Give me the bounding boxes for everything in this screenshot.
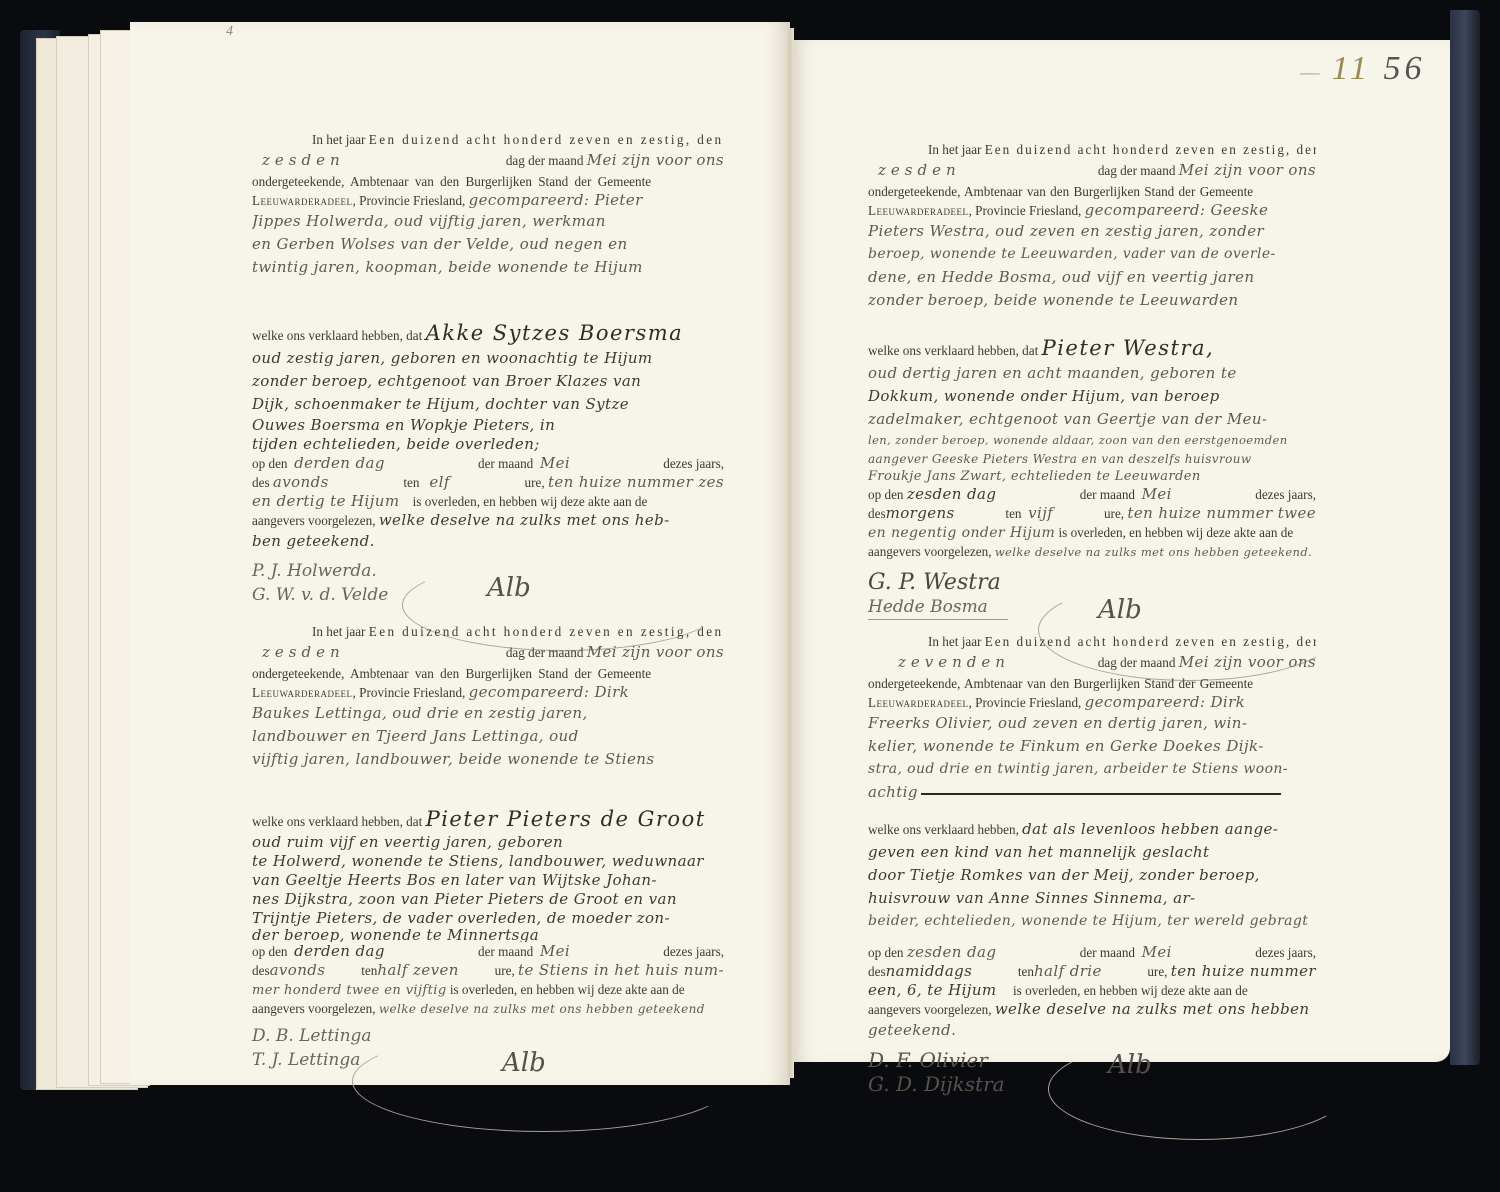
act-declaration-line: welke ons verklaard hebben, datwelke ons… [868, 818, 1316, 841]
death-date-line: op den derden dagder maand Meidezes jaar… [252, 454, 724, 473]
filler-rule [921, 793, 1281, 795]
deceased-detail: Trijntje Pieters, de vader overleden, de… [252, 909, 724, 928]
act-official-line: ondergeteekende, Ambtenaar van den Burge… [252, 172, 724, 191]
closing-line: geteekend. [868, 1019, 1316, 1042]
act-month: Mei zijn voor ons [1179, 161, 1316, 179]
act-date-line: zesden dag der maand Mei zijn voor ons [252, 149, 724, 172]
act-municipality-line: Leeuwarderadeel, Provincie Friesland, ge… [252, 683, 724, 702]
act-date-line: zesden dag der maand Mei zijn voor ons [868, 159, 1316, 182]
death-place-line: en negentig onder Hijum is overleden, en… [868, 523, 1316, 542]
deceased-detail: oud dertig jaren en acht maanden, gebore… [868, 362, 1316, 385]
deceased-name: Pieter Westra, [1042, 336, 1215, 360]
act-declaration-line: welke ons verklaard hebben, dat Akke Syt… [252, 319, 724, 347]
closing-line: aangevers voorgelezen, welke deselve na … [868, 1000, 1316, 1019]
book-gutter [786, 28, 794, 1078]
act-intro-line: In het jaar Een duizend acht honderd zev… [252, 622, 724, 641]
death-time-line: desmorgensten vijfure, ten huize nummer … [868, 504, 1316, 523]
act-official-line: ondergeteekende, Ambtenaar van den Burge… [868, 182, 1316, 201]
act-comparant-line: twintig jaren, koopman, beide wonende te… [252, 256, 724, 279]
deceased-name: Pieter Pieters de Groot [426, 807, 706, 831]
act-date-line: zesden dag der maand Mei zijn voor ons [252, 641, 724, 664]
act-day: zesden [868, 159, 961, 182]
deceased-detail: tijden echtelieden, beide overleden; [252, 435, 724, 454]
act-comparant-line: landbouwer en Tjeerd Jans Lettinga, oud [252, 725, 724, 748]
act-comparant-line: Freerks Olivier, oud zeven en dertig jar… [868, 712, 1316, 735]
deceased-detail: Froukje Jans Zwart, echtelieden te Leeuw… [868, 469, 1316, 485]
act-comparant-line: Jippes Holwerda, oud vijftig jaren, werk… [252, 210, 724, 233]
act-comparant-line: achtig [868, 781, 1316, 804]
death-date-line: op den zesden dagder maand Meidezes jaar… [868, 943, 1316, 962]
death-time-line: desavondstenhalf zevenure, te Stiens in … [252, 961, 724, 980]
deceased-detail: Dijk, schoenmaker te Hijum, dochter van … [252, 393, 724, 416]
deceased-detail: huisvrouw van Anne Sinnes Sinnema, ar- [868, 887, 1316, 910]
act-intro-line: In het jaar Een duizend acht honderd zev… [868, 632, 1316, 651]
act-intro-line: In het jaar Een duizend acht honderd zev… [252, 130, 724, 149]
act-day: zesden [252, 149, 345, 172]
act-municipality-line: Leeuwarderadeel, Provincie Friesland, ge… [868, 693, 1316, 712]
act-comparant-line: Pieters Westra, oud zeven en zestig jare… [868, 220, 1316, 243]
folio-page: 56 [1384, 50, 1426, 87]
deceased-detail: nes Dijkstra, zoon van Pieter Pieters de… [252, 890, 724, 909]
deceased-detail: van Geeltje Heerts Bos en later van Wijt… [252, 871, 724, 890]
act-official-line: ondergeteekende, Ambtenaar van den Burge… [868, 674, 1316, 693]
deceased-detail: oud ruim vijf en veertig jaren, geboren [252, 833, 724, 852]
deceased-detail: len, zonder beroep, wonende aldaar, zoon… [868, 431, 1316, 450]
deceased-detail: Dokkum, wonende onder Hijum, van beroep [868, 385, 1316, 408]
death-time-line: desnamiddagstenhalf drieure, ten huize n… [868, 962, 1316, 981]
witness-signature: Hedde Bosma [868, 595, 1008, 620]
death-date-line: op den zesden dagder maand Meidezes jaar… [868, 485, 1316, 504]
act-declaration-line: welke ons verklaard hebben, dat Pieter P… [252, 805, 724, 833]
act-comparant-line: beroep, wonende te Leeuwarden, vader van… [868, 243, 1316, 266]
act-municipality-line: Leeuwarderadeel, Provincie Friesland, ge… [868, 201, 1316, 220]
deceased-detail: der beroep, wonende te Minnertsga [252, 928, 724, 942]
deceased-detail: aangever Geeske Pieters Westra en van de… [868, 450, 1316, 469]
death-time-line: des avondsten elfure, ten huize nummer z… [252, 473, 724, 492]
act-date-line: zevenden dag der maand Mei zijn voor ons [868, 651, 1316, 674]
deceased-detail: door Tietje Romkes van der Meij, zonder … [868, 864, 1316, 887]
act-month: Mei zijn voor ons [1179, 653, 1316, 671]
closing-line: aangevers voorgelezen, welke deselve na … [252, 511, 724, 530]
deceased-detail: geven een kind van het mannelijk geslach… [868, 841, 1316, 864]
death-act-4: In het jaar Een duizend acht honderd zev… [868, 632, 1316, 1128]
closing-line: aangevers voorgelezen, welke deselve na … [868, 542, 1316, 561]
deceased-detail: te Holwerd, wonende te Stiens, landbouwe… [252, 852, 724, 871]
act-month: Mei zijn voor ons [587, 151, 724, 169]
deceased-detail: beider, echtelieden, wonende te Hijum, t… [868, 910, 1316, 933]
death-act-3: In het jaar Een duizend acht honderd zev… [868, 140, 1316, 651]
act-municipality-line: Leeuwarderadeel, Provincie Friesland, ge… [252, 191, 724, 210]
act-comparant-line: vijftig jaren, landbouwer, beide wonende… [252, 748, 724, 771]
corner-mark: 4 [226, 24, 233, 40]
act-comparant-line: dene, en Hedde Bosma, oud vijf en veerti… [868, 266, 1316, 289]
act-day: zevenden [868, 651, 1010, 674]
act-day: zesden [252, 641, 345, 664]
act-comparant-line: kelier, wonende te Finkum en Gerke Doeke… [868, 735, 1316, 758]
death-act-1: In het jaar Een duizend acht honderd zev… [252, 130, 724, 639]
act-comparant-line: stra, oud drie en twintig jaren, arbeide… [868, 758, 1316, 781]
deceased-detail: oud zestig jaren, geboren en woonachtig … [252, 347, 724, 370]
closing-line: aangevers voorgelezen, welke deselve na … [252, 999, 724, 1018]
book-cover-right-edge [1450, 10, 1480, 1065]
act-month: Mei zijn voor ons [587, 643, 724, 661]
death-date-line: op den derden dagder maand Meidezes jaar… [252, 942, 724, 961]
death-place-line: mer honderd twee en vijftig is overleden… [252, 980, 724, 999]
deceased-detail: zonder beroep, echtgenoot van Broer Klaz… [252, 370, 724, 393]
signature-block: D. B. Lettinga T. J. Lettinga Alb [252, 1024, 724, 1104]
stillborn-statement: dat als levenloos hebben aange- [1022, 820, 1278, 838]
death-place-line: en dertig te Hijum is overleden, en hebb… [252, 492, 724, 511]
folio-number: —11 56 [1300, 50, 1426, 88]
deceased-detail: zadelmaker, echtgenoot van Geertje van d… [868, 408, 1316, 431]
deceased-detail: Ouwes Boersma en Wopkje Pieters, in [252, 416, 724, 435]
signature-flourish [1048, 1038, 1350, 1140]
folio-volume: 11 [1332, 50, 1371, 87]
death-act-2: In het jaar Een duizend acht honderd zev… [252, 622, 724, 1104]
signature-block: D. F. Olivier G. D. Dijkstra Alb [868, 1048, 1316, 1128]
act-official-line: ondergeteekende, Ambtenaar van den Burge… [252, 664, 724, 683]
death-place-line: een, 6, te Hijum is overleden, en hebben… [868, 981, 1316, 1000]
act-comparant-line: en Gerben Wolses van der Velde, oud nege… [252, 233, 724, 256]
closing-line: ben geteekend. [252, 530, 724, 553]
deceased-name: Akke Sytzes Boersma [426, 321, 684, 345]
act-declaration-line: welke ons verklaard hebben, dat Pieter W… [868, 334, 1316, 362]
act-intro-line: In het jaar Een duizend acht honderd zev… [868, 140, 1316, 159]
act-comparant-line: zonder beroep, beide wonende te Leeuward… [868, 289, 1316, 312]
folio-dash: — [1300, 59, 1324, 84]
signature-flourish [352, 1030, 734, 1132]
act-comparant-line: Baukes Lettinga, oud drie en zestig jare… [252, 702, 724, 725]
